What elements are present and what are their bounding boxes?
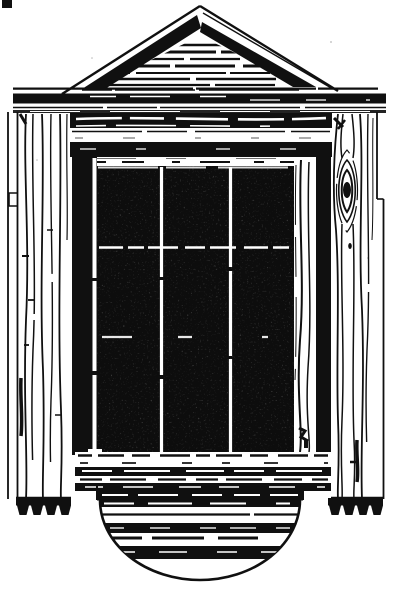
sash-stile-right (294, 157, 316, 454)
cornice (13, 89, 386, 113)
wood-knot (337, 150, 358, 232)
cornice-main-band (13, 94, 386, 104)
left-foot-toes (17, 506, 71, 516)
left-pilaster-notch (9, 193, 18, 206)
glass-speckle-overlay (97, 166, 294, 452)
left-pilaster (8, 112, 71, 499)
left-pilaster-grain (20, 114, 67, 499)
left-foot (16, 498, 71, 515)
right-pilaster (331, 112, 384, 499)
window-sill (75, 452, 331, 500)
engraving-svg: Pedimented sash window — woodcut illustr… (0, 0, 399, 600)
right-foot-toes (329, 506, 383, 516)
apron-semicircle (97, 500, 303, 581)
corner-ink-blot (2, 0, 12, 8)
pediment-raking-left (62, 6, 200, 94)
window-sash (72, 157, 331, 455)
casing-shadow-right (316, 157, 331, 455)
window-engraving-illustration: Pedimented sash window — woodcut illustr… (0, 0, 399, 600)
right-foot (328, 498, 383, 515)
pediment (62, 6, 338, 94)
pediment-band-right (200, 22, 316, 87)
frieze-board (70, 113, 332, 157)
